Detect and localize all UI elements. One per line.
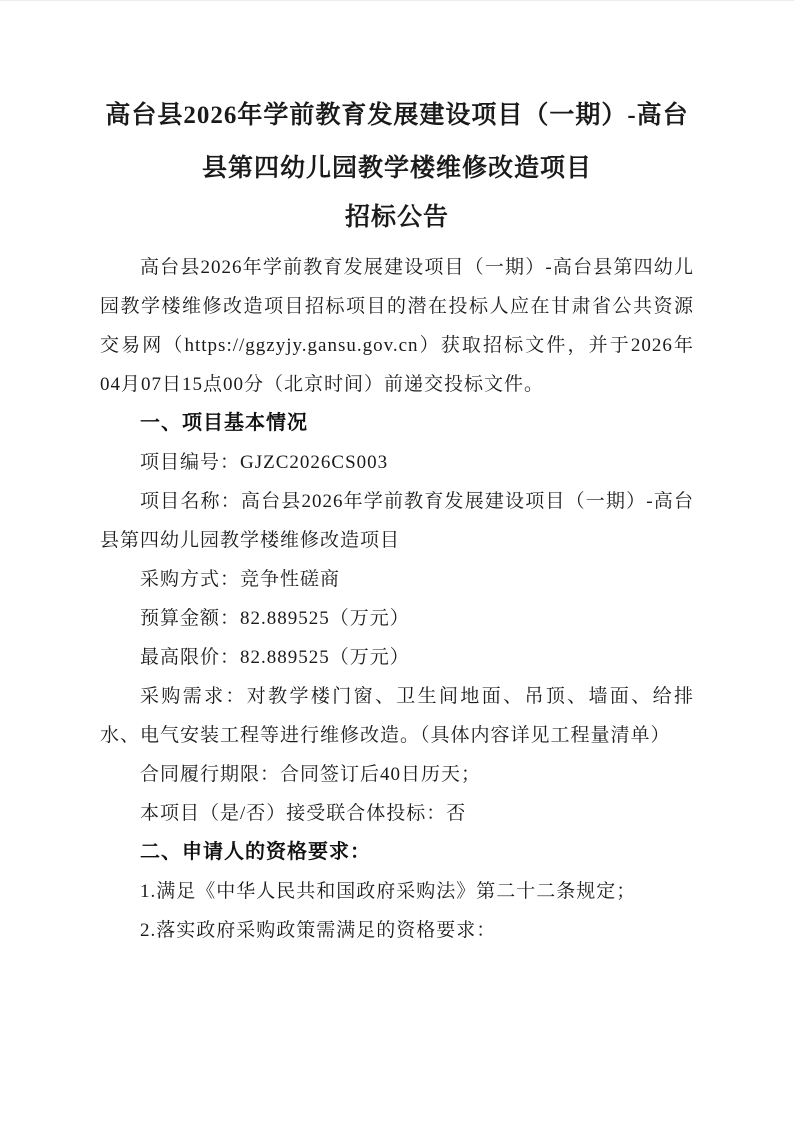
field-budget-amount: 预算金额：82.889525（万元） (100, 599, 694, 638)
field-value: 82.889525（万元） (240, 608, 410, 629)
document-title-line-1: 高台县2026年学前教育发展建设项目（一期）-高台 (100, 89, 694, 142)
field-consortium-bidding: 本项目（是/否）接受联合体投标：否 (100, 794, 694, 833)
field-procurement-requirements: 采购需求：对教学楼门窗、卫生间地面、吊顶、墙面、给排水、电气安装工程等进行维修改… (100, 677, 694, 755)
field-label: 采购需求： (140, 686, 247, 707)
field-value: 82.889525（万元） (240, 647, 410, 668)
field-value: 否 (446, 803, 466, 824)
intro-paragraph: 高台县2026年学前教育发展建设项目（一期）-高台县第四幼儿园教学楼维修改造项目… (100, 248, 694, 404)
field-value: 竞争性磋商 (240, 569, 340, 590)
field-label: 项目名称： (140, 491, 241, 512)
field-value: 合同签订后40日历天； (280, 764, 481, 785)
field-label: 本项目（是/否）接受联合体投标： (140, 803, 446, 824)
field-max-price: 最高限价：82.889525（万元） (100, 638, 694, 677)
field-label: 预算金额： (140, 608, 240, 629)
field-value: GJZC2026CS003 (240, 452, 388, 473)
field-project-name: 项目名称：高台县2026年学前教育发展建设项目（一期）-高台县第四幼儿园教学楼维… (100, 482, 694, 560)
field-label: 采购方式： (140, 569, 240, 590)
document-title-line-2: 县第四幼儿园教学楼维修改造项目 (100, 142, 694, 195)
qualification-item-1: 1.满足《中华人民共和国政府采购法》第二十二条规定； (100, 872, 694, 911)
document-title: 高台县2026年学前教育发展建设项目（一期）-高台 县第四幼儿园教学楼维修改造项… (100, 89, 694, 195)
field-procurement-method: 采购方式：竞争性磋商 (100, 560, 694, 599)
field-label: 合同履行期限： (140, 764, 280, 785)
document-page: 高台县2026年学前教育发展建设项目（一期）-高台 县第四幼儿园教学楼维修改造项… (0, 0, 794, 1123)
section-2-heading: 二、申请人的资格要求： (100, 833, 694, 872)
document-subtitle: 招标公告 (100, 195, 694, 240)
field-project-number: 项目编号：GJZC2026CS003 (100, 443, 694, 482)
section-1-heading: 一、项目基本情况 (100, 404, 694, 443)
field-label: 最高限价： (140, 647, 240, 668)
qualification-item-2: 2.落实政府采购政策需满足的资格要求： (100, 911, 694, 950)
field-label: 项目编号： (140, 452, 240, 473)
field-contract-period: 合同履行期限：合同签订后40日历天； (100, 755, 694, 794)
